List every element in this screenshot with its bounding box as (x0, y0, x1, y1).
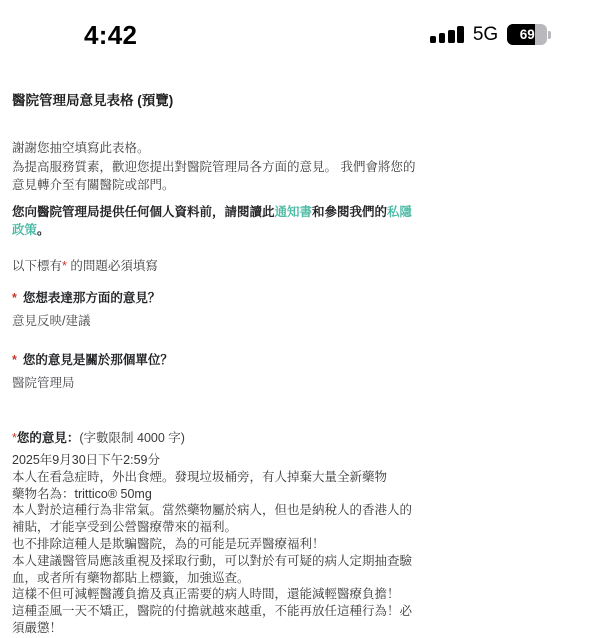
required-note-text: 以下標有 (12, 259, 62, 273)
battery-cap (548, 31, 551, 39)
opinion-text: 2025年9月30日下午2:59分 本人在看急症時，外出食煙。發現垃圾桶旁，有人… (12, 452, 560, 637)
question-block-unit: *您的意見是關於那個單位？ 醫院管理局 (12, 351, 560, 392)
privacy-text: 。 (37, 223, 50, 237)
page-title: 醫院管理局意見表格 (預覽) (12, 91, 560, 110)
battery-body: 69 (507, 24, 547, 45)
privacy-policy-link[interactable]: 私隱 (387, 205, 412, 219)
opinion-line: 本人建議醫管局應該重視及採取行動，可以對於有可疑的病人定期抽查驗 (12, 553, 560, 570)
signal-bar (430, 36, 437, 43)
opinion-line: 藥物名為：trittico® 50mg (12, 486, 560, 503)
answer-value: 意見反映/建議 (12, 312, 560, 330)
char-limit-note: (字數限制 4000 字) (79, 431, 185, 445)
opinion-line: 這種歪風一天不矯正，醫院的付擔就越來越重，不能再放任這種行為！必 (12, 603, 560, 620)
required-note: 以下標有* 的問題必須填寫 (12, 257, 560, 276)
privacy-paragraph: 您向醫院管理局提供任何個人資料前，請閱讀此通知書和參閱我們的私隱 政策。 (12, 203, 560, 240)
network-type-label: 5G (473, 24, 498, 46)
question-block-category: *您想表達那方面的意見？ 意見反映/建議 (12, 289, 560, 330)
answer-value: 醫院管理局 (12, 374, 560, 392)
signal-bar (439, 33, 446, 44)
form-preview-page: 醫院管理局意見表格 (預覽) 謝謝您抽空填寫此表格。 為提高服務質素，歡迎您提出… (0, 91, 600, 637)
opinion-label: *您的意見：(字數限制 4000 字) (12, 429, 560, 448)
required-note-text: 的問題必須填寫 (67, 259, 158, 273)
privacy-text: 和參閱我們的 (312, 205, 387, 219)
intro-line: 謝謝您抽空填寫此表格。 (12, 139, 560, 158)
status-bar: 4:42 5G 69 (0, 0, 600, 64)
mobile-screenshot: 4:42 5G 69 醫院管理局意見表格 (預覽) 謝謝您抽空填寫此表格。 為 (0, 0, 600, 638)
notice-link[interactable]: 通知書 (275, 205, 313, 219)
required-asterisk: * (12, 353, 17, 367)
opinion-label-text: 您的意見： (17, 431, 80, 445)
opinion-line: 本人對於這種行為非常氣。當然藥物屬於病人，但也是納稅人的香港人的 (12, 502, 560, 519)
status-time: 4:42 (84, 20, 137, 51)
privacy-policy-link[interactable]: 政策 (12, 223, 37, 237)
required-asterisk: * (12, 291, 17, 305)
opinion-line: 這樣不但可減輕醫護負擔及真正需要的病人時間，還能減輕醫療負擔！ (12, 586, 560, 603)
opinion-line: 也不排除這種人是欺騙醫院，為的可能是玩弄醫療福利！ (12, 536, 560, 553)
status-right-cluster: 5G 69 (430, 23, 551, 46)
intro-paragraph: 謝謝您抽空填寫此表格。 為提高服務質素，歡迎您提出對醫院管理局各方面的意見。 我… (12, 139, 560, 195)
signal-bar (457, 26, 464, 43)
opinion-line: 須嚴懲！ (12, 620, 560, 637)
opinion-line: 本人在看急症時，外出食煙。發現垃圾桶旁，有人掉棄大量全新藥物 (12, 469, 560, 486)
battery-icon: 69 (507, 24, 551, 45)
opinion-line: 2025年9月30日下午2:59分 (12, 452, 560, 469)
opinion-line: 血，或者所有藥物都貼上標籤，加強巡查。 (12, 570, 560, 587)
opinion-line: 補貼，才能享受到公營醫療帶來的福利。 (12, 519, 560, 536)
question-label: *您想表達那方面的意見？ (12, 289, 560, 307)
battery-percent-label: 69 (507, 24, 547, 45)
privacy-line: 您向醫院管理局提供任何個人資料前，請閱讀此通知書和參閱我們的私隱 (12, 203, 560, 222)
question-text: 您的意見是關於那個單位？ (23, 353, 173, 367)
privacy-line: 政策。 (12, 221, 560, 240)
question-text: 您想表達那方面的意見？ (23, 291, 161, 305)
signal-strength-icon (430, 26, 464, 43)
intro-line: 為提高服務質素，歡迎您提出對醫院管理局各方面的意見。 我們會將您的 (12, 158, 560, 177)
opinion-block: *您的意見：(字數限制 4000 字) 2025年9月30日下午2:59分 本人… (12, 429, 560, 637)
intro-line: 意見轉介至有關醫院或部門。 (12, 176, 560, 195)
question-label: *您的意見是關於那個單位？ (12, 351, 560, 369)
signal-bar (448, 30, 455, 44)
privacy-text: 您向醫院管理局提供任何個人資料前，請閱讀此 (12, 205, 275, 219)
